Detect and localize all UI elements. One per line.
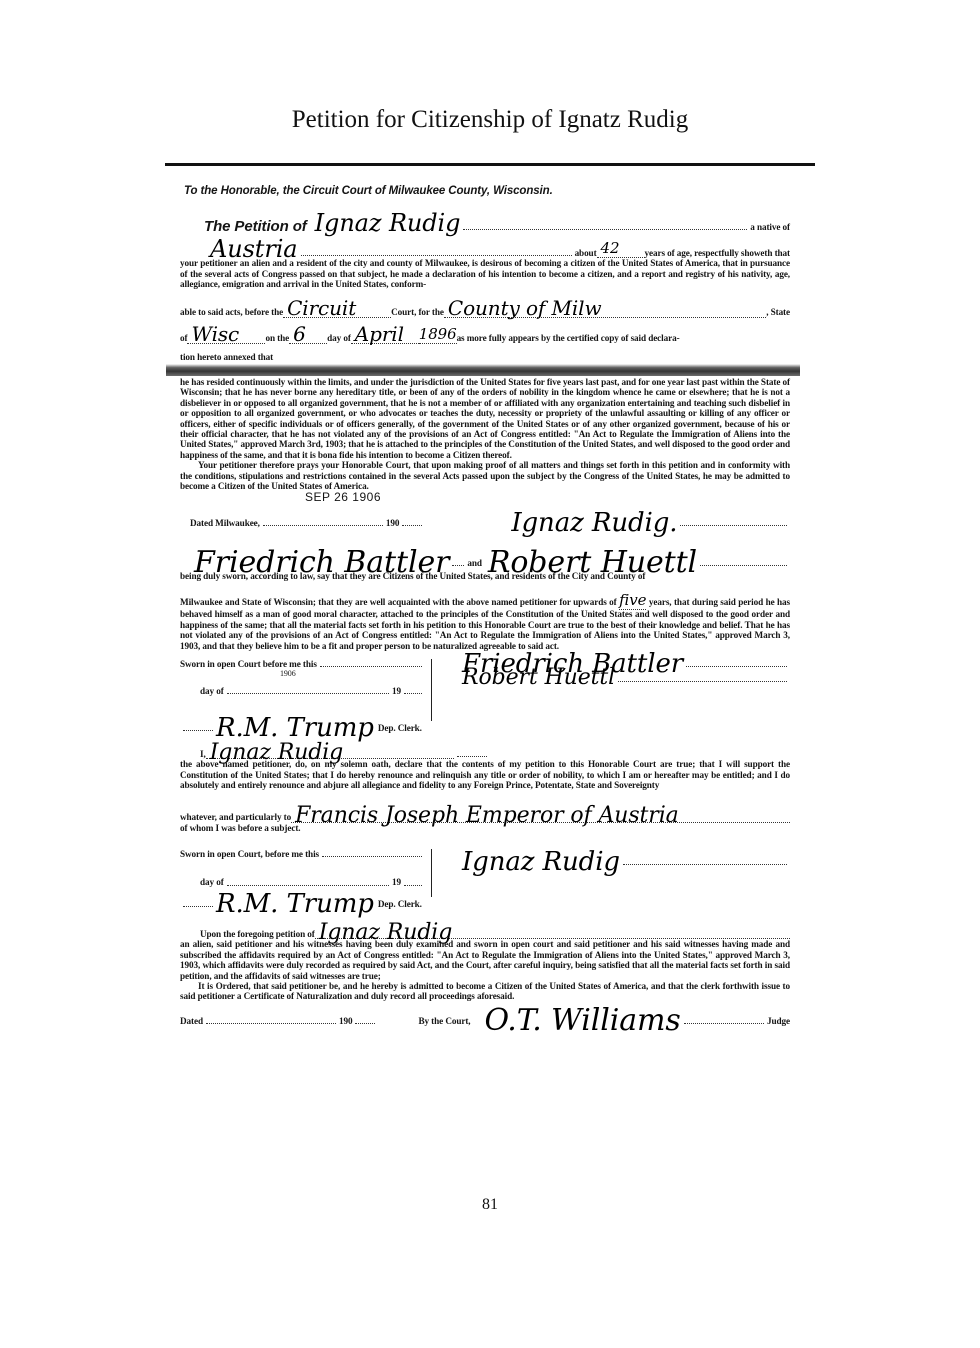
witness-affidavit-start: Milwaukee and State of Wisconsin; that t… <box>180 597 617 607</box>
judge-signature: O.T. Williams <box>485 1016 681 1026</box>
order-name-handwritten: Ignaz Rudig <box>319 928 452 938</box>
dotted-line <box>322 855 422 857</box>
petitioner-signature: Ignaz Rudig. <box>511 518 677 528</box>
sworn2-label: Sworn in open Court, before me this <box>180 849 319 859</box>
about-label: about <box>575 248 597 258</box>
year-handwritten: 1896 <box>419 325 457 343</box>
title-divider <box>165 163 815 166</box>
sworn2-day-line: day of 19 <box>180 877 425 887</box>
final-year-label: 190 <box>339 1016 352 1026</box>
order-name-field: Ignaz Rudig <box>315 928 790 939</box>
state-label: , State <box>766 307 790 317</box>
dated-line: Dated Milwaukee, 190 Ignaz Rudig. <box>180 502 790 528</box>
county-handwritten: County of Milw <box>448 299 602 317</box>
dotted-line <box>623 863 787 865</box>
day-field: 6 <box>289 325 327 344</box>
sworn-left: Sworn in open Court before me this 1906 … <box>180 659 432 721</box>
paragraph-witnesses-sworn: being duly sworn, according to law, say … <box>180 571 790 581</box>
court-field: Circuit <box>283 299 391 318</box>
dotted-line <box>404 884 422 886</box>
dotted-line <box>680 524 787 526</box>
age-field: 42 <box>597 239 645 258</box>
day-handwritten: 6 <box>293 325 306 343</box>
judge-line: Dated 190 By the Court, O.T. Williams Ju… <box>180 1016 790 1026</box>
oath-name-field: Ignaz Rudig <box>206 748 454 759</box>
final-dated-label: Dated <box>180 1016 203 1026</box>
order-line: Upon the foregoing petition of Ignaz Rud… <box>180 915 790 939</box>
sworn-right: Friedrich Battler Robert Huettl <box>432 659 790 721</box>
sworn-label-line: Sworn in open Court before me this <box>180 659 425 669</box>
of-label: of <box>180 333 187 343</box>
age-handwritten: 42 <box>601 239 620 257</box>
dotted-line <box>618 680 787 682</box>
order-start: Upon the foregoing petition of <box>200 929 315 939</box>
state-handwritten: Wisc <box>191 325 239 343</box>
dotted-line <box>402 524 422 526</box>
addressee: To the Honorable, the Circuit Court of M… <box>184 186 790 196</box>
declaration-suffix: as more fully appears by the certified c… <box>457 333 680 343</box>
on-the-label: on the <box>265 333 289 343</box>
month-field: April <box>351 325 419 344</box>
sworn-year-stamp: 1906 <box>280 669 425 679</box>
clerk-line-2: R.M. Trump Dep. Clerk. <box>180 899 790 909</box>
whatever-label: whatever, and particularly to <box>180 812 291 822</box>
oath-name-handwritten: Ignaz Rudig <box>210 748 343 758</box>
dotted-line <box>263 524 383 526</box>
clerk-line-1: R.M. Trump Dep. Clerk. <box>180 723 790 733</box>
age-suffix: years of age, respectfully showeth that <box>645 248 790 258</box>
dated-label: Dated Milwaukee, <box>190 518 260 528</box>
sworn-block-witnesses: Sworn in open Court before me this 1906 … <box>180 659 790 721</box>
dotted-line <box>700 564 787 566</box>
by-court-label: By the Court, <box>418 1016 470 1026</box>
clerk-label-1: Dep. Clerk. <box>378 723 422 733</box>
court-handwritten: Circuit <box>287 299 356 317</box>
paragraph-witness-affidavit: Milwaukee and State of Wisconsin; that t… <box>180 591 790 651</box>
petition-form: To the Honorable, the Circuit Court of M… <box>180 180 790 1026</box>
dotted-line <box>355 1022 375 1024</box>
state-field: Wisc <box>187 325 265 344</box>
spacer <box>428 525 468 526</box>
sovereign-line: whatever, and particularly to Francis Jo… <box>180 795 790 823</box>
sovereign-field: Francis Joseph Emperor of Austria <box>291 811 790 822</box>
dotted-line <box>227 884 389 886</box>
declaration-date-line: of Wisc on the 6 day of April 1896 as mo… <box>180 320 790 344</box>
dotted-line <box>183 905 213 907</box>
clerk-signature-1: R.M. Trump <box>216 723 374 733</box>
scan-artifact-bar <box>166 364 800 376</box>
dotted-line <box>686 665 787 667</box>
page-title: Petition for Citizenship of Ignatz Rudig <box>0 106 980 134</box>
dotted-line <box>684 1022 764 1024</box>
month-handwritten: April <box>355 325 404 343</box>
dated-year-label: 190 <box>386 518 399 528</box>
years-known-handwritten: five <box>619 591 646 610</box>
and-label: and <box>467 558 482 568</box>
paragraph-order: an alien, said petitioner and his witnes… <box>180 939 790 981</box>
paragraph-prayer: Your petitioner therefore prays your Hon… <box>180 460 790 491</box>
petitioner-name-handwritten: Ignaz Rudig <box>315 214 461 232</box>
dotted-line <box>452 564 464 566</box>
annexed-label: tion hereto annexed that <box>180 352 790 362</box>
able-label: able to said acts, before the <box>180 307 283 317</box>
year-label: 19 <box>392 686 401 696</box>
dotted-line <box>320 665 422 667</box>
witness2-handwritten: Robert Huettl <box>488 558 697 568</box>
dotted-line <box>227 692 389 694</box>
sovereign-handwritten: Francis Joseph Emperor of Austria <box>295 811 679 821</box>
paragraph-residence: he has resided continuously within the l… <box>180 377 790 460</box>
witness1-handwritten: Friedrich Battler <box>194 558 449 568</box>
day-of-label: day of <box>327 333 351 343</box>
sworn2-label-line: Sworn in open Court, before me this <box>180 849 425 859</box>
dotted-line <box>404 692 422 694</box>
sworn2-year-label: 19 <box>392 877 401 887</box>
county-field: County of Milw <box>444 299 766 318</box>
petition-of-label: The Petition of <box>204 222 307 232</box>
dotted-line <box>463 228 747 230</box>
court-for-label: Court, for the <box>391 307 444 317</box>
paragraph-oath: the above named petitioner, do, on my so… <box>180 759 790 790</box>
sworn-day-line: day of 19 <box>180 686 425 696</box>
paragraph-ordered: It is Ordered, that said petitioner be, … <box>180 981 790 1002</box>
date-stamp: SEP 26 1906 <box>305 492 790 502</box>
native-country-handwritten: Austria <box>210 240 298 258</box>
paragraph-intro: your petitioner an alien and a resident … <box>180 258 790 289</box>
dotted-line <box>183 729 213 731</box>
sworn-right-2: Ignaz Rudig <box>432 849 790 897</box>
court-line: able to said acts, before the Circuit Co… <box>180 294 790 318</box>
native-country-line: Austria about 42 years of age, respectfu… <box>180 234 790 258</box>
petitioner-sig-line-2: Ignaz Rudig <box>462 857 790 867</box>
dotted-line <box>206 1022 336 1024</box>
witnesses-line: Friedrich Battler and Robert Huettl <box>180 528 790 568</box>
day-of-label: day of <box>200 686 224 696</box>
native-of-label: a native of <box>750 222 790 232</box>
sworn2-day-of-label: day of <box>200 877 224 887</box>
sworn-label: Sworn in open Court before me this <box>180 659 317 669</box>
witness2-signature: Robert Huettl <box>462 673 615 683</box>
dotted-line <box>301 254 572 256</box>
petitioner-signature-2: Ignaz Rudig <box>462 857 620 867</box>
dotted-line <box>457 755 487 757</box>
page-number: 81 <box>0 1196 980 1214</box>
year-field: 1896 <box>419 325 457 344</box>
clerk-label-2: Dep. Clerk. <box>378 899 422 909</box>
petition-of-line: The Petition of Ignaz Rudig a native of <box>180 206 790 232</box>
clerk-signature-2: R.M. Trump <box>216 899 374 909</box>
judge-label: Judge <box>767 1016 790 1026</box>
